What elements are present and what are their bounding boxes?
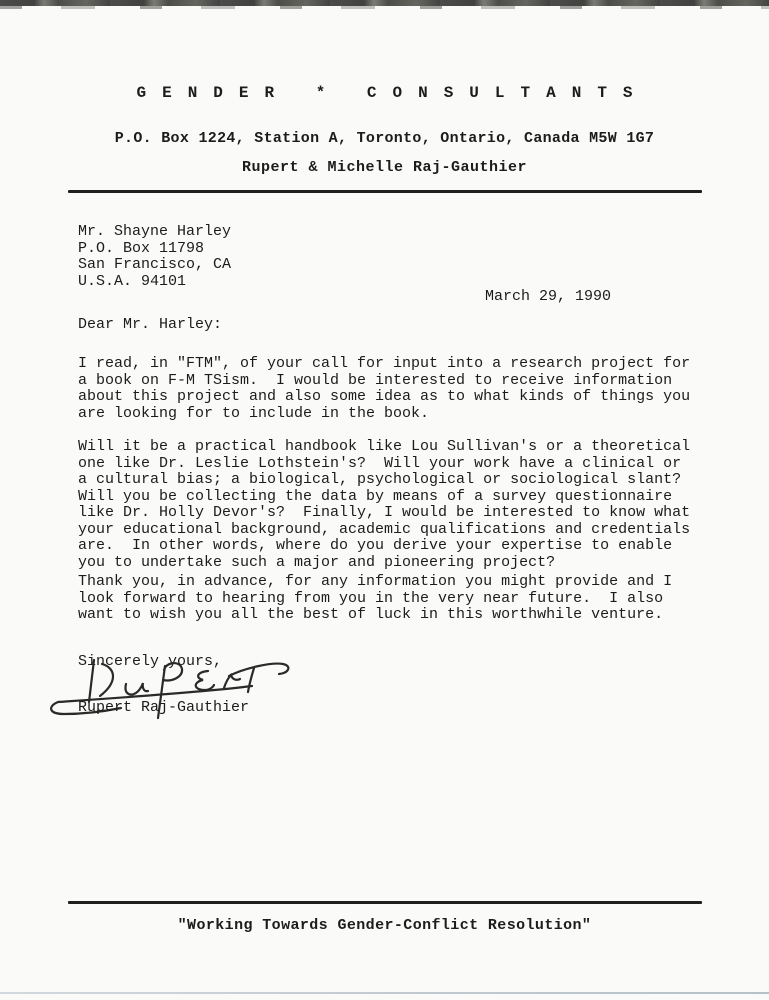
body-paragraph-2: Will it be a practical handbook like Lou… xyxy=(78,439,690,571)
salutation: Dear Mr. Harley: xyxy=(78,317,222,334)
valediction: Sincerely yours, xyxy=(78,654,222,671)
scan-edge-bottom xyxy=(0,992,769,994)
letterhead-divider-rule xyxy=(68,190,702,193)
letterhead-org-name: GENDER * CONSULTANTS xyxy=(0,84,769,102)
footer-motto: "Working Towards Gender-Conflict Resolut… xyxy=(0,917,769,934)
body-paragraph-3: Thank you, in advance, for any informati… xyxy=(78,574,672,624)
footer-divider-rule xyxy=(68,901,702,904)
scanned-letter-page: GENDER * CONSULTANTS P.O. Box 1224, Stat… xyxy=(0,0,769,1000)
letterhead-principals: Rupert & Michelle Raj-Gauthier xyxy=(0,159,769,176)
body-paragraph-1: I read, in "FTM", of your call for input… xyxy=(78,356,690,422)
date-line: March 29, 1990 xyxy=(485,289,611,306)
signer-typed-name: Rupert Raj-Gauthier xyxy=(78,700,249,717)
letterhead-address: P.O. Box 1224, Station A, Toronto, Ontar… xyxy=(0,130,769,147)
scan-edge-top xyxy=(0,0,769,6)
recipient-address-block: Mr. Shayne Harley P.O. Box 11798 San Fra… xyxy=(78,224,231,290)
